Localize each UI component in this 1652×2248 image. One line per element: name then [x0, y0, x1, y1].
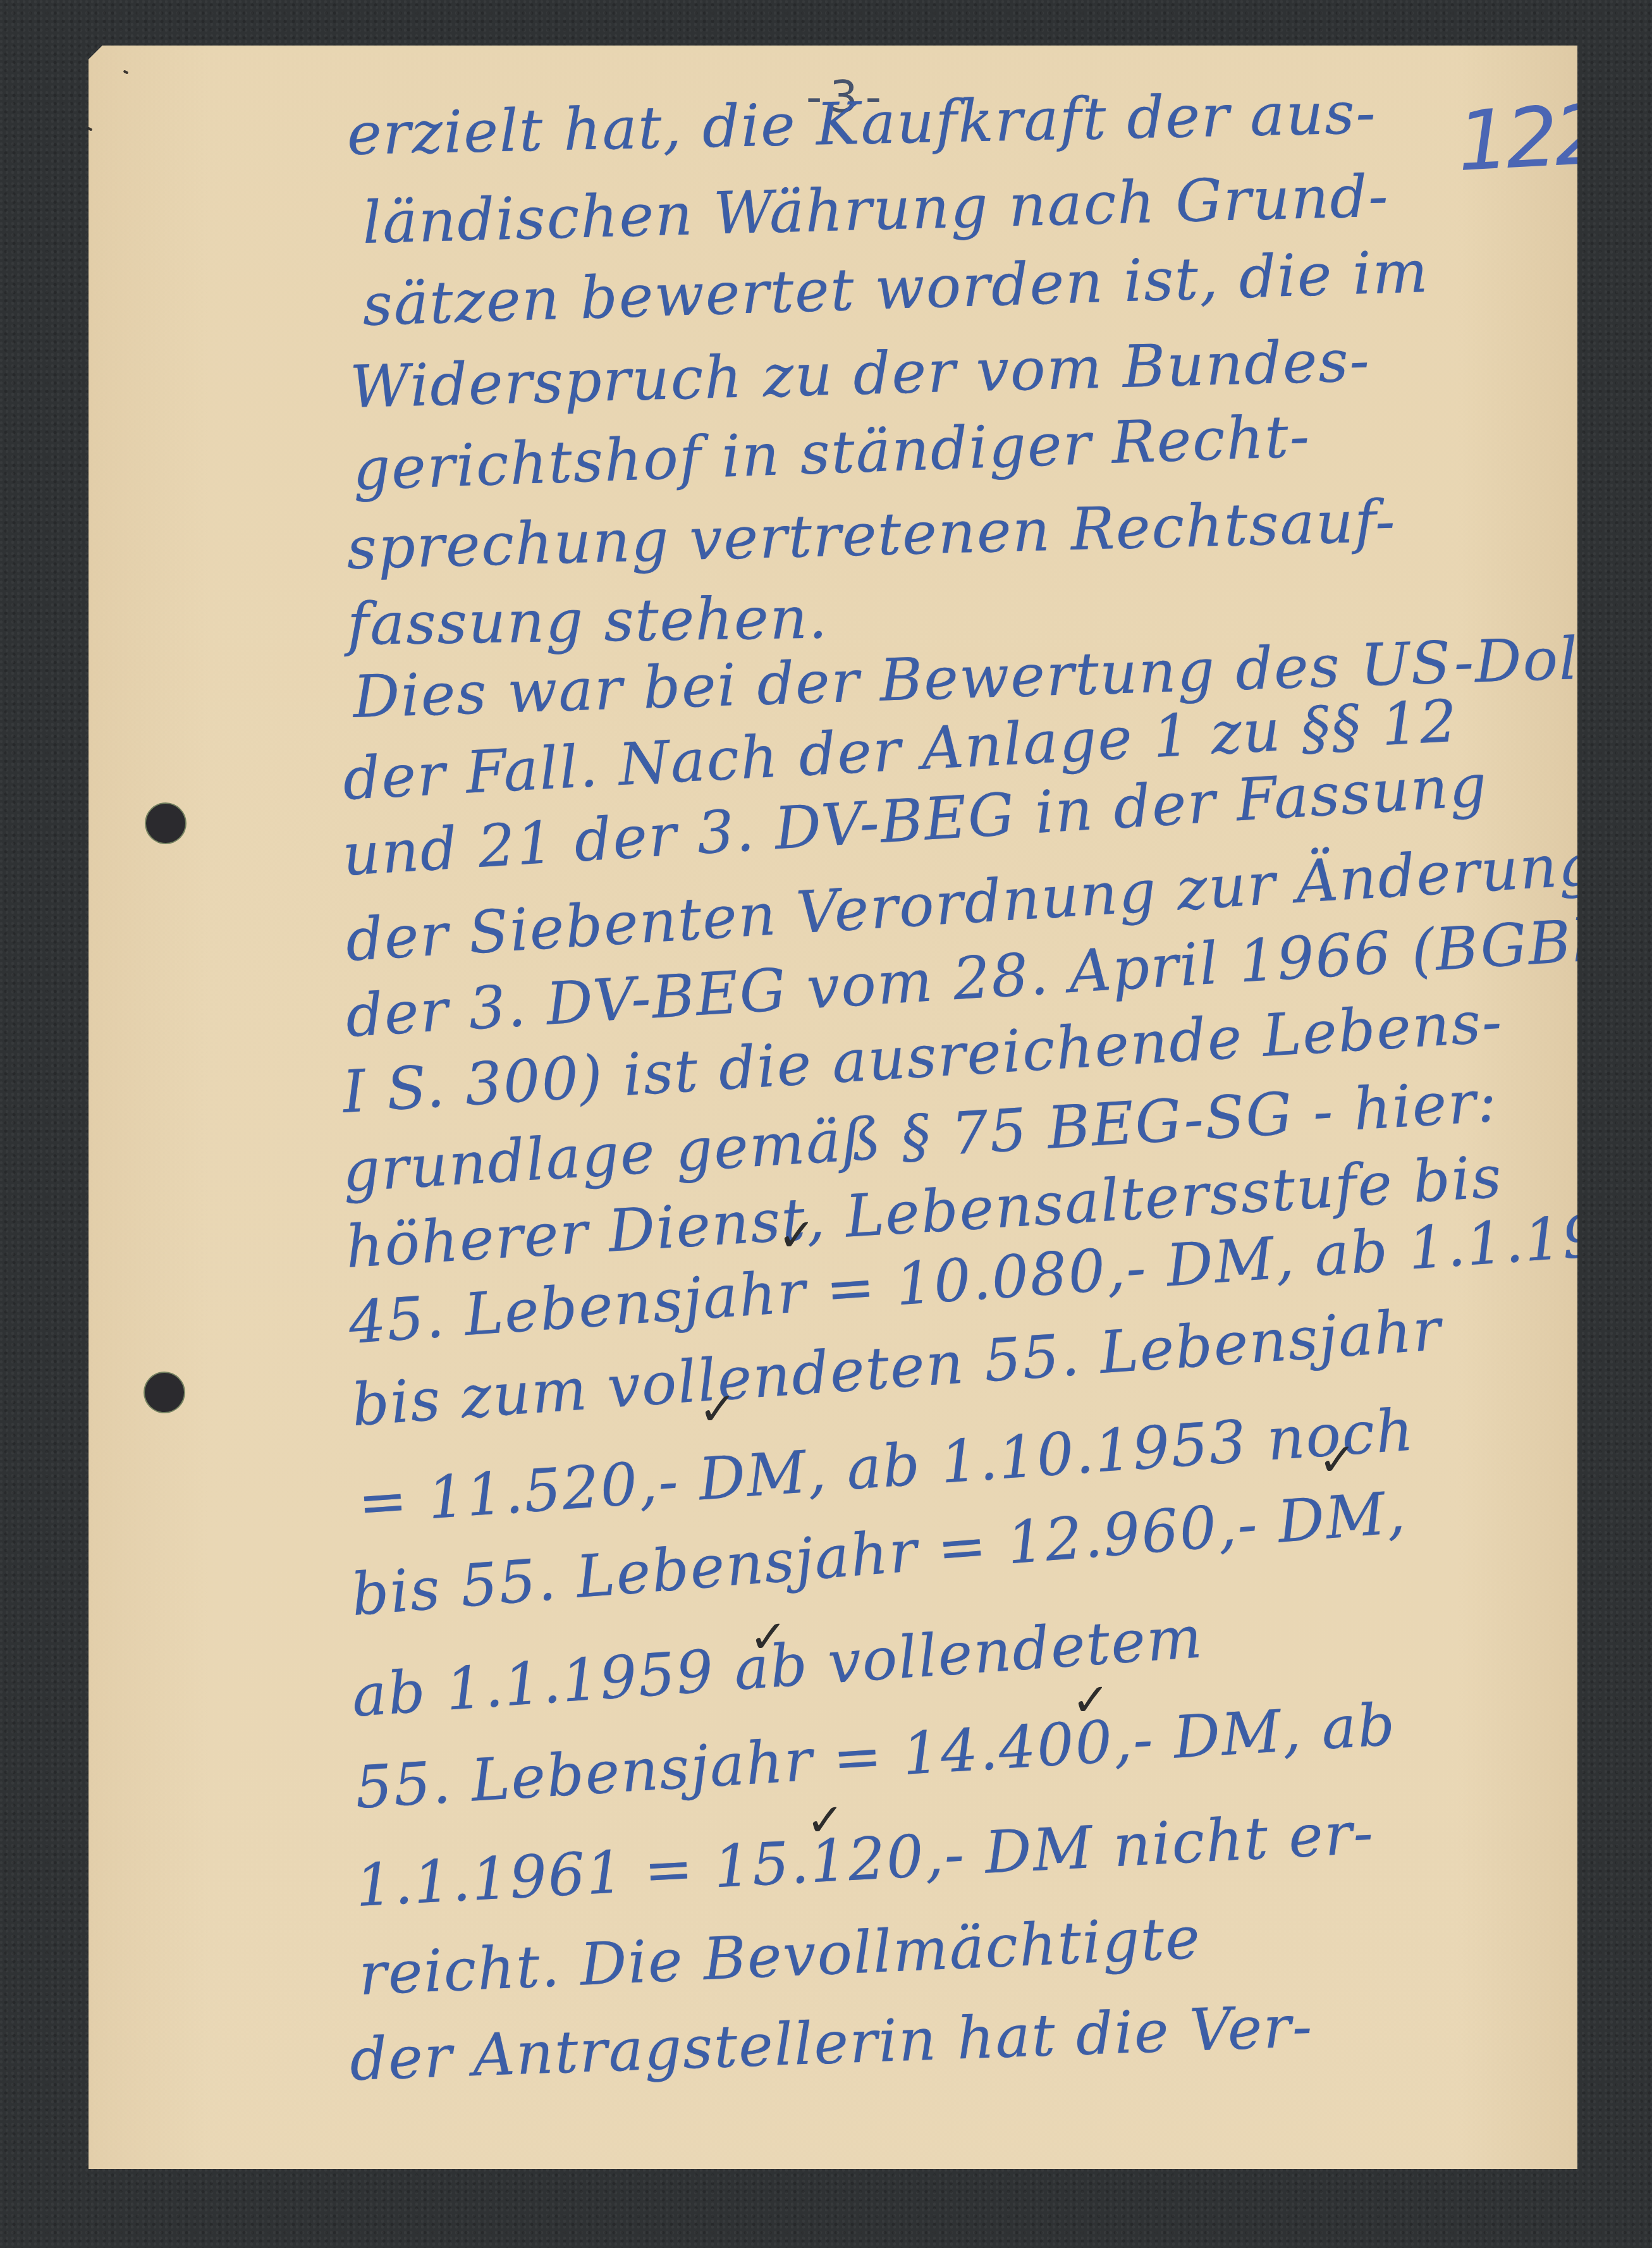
punch-hole-top — [146, 804, 185, 843]
punch-hole-bottom — [145, 1373, 184, 1412]
document-page: -3- 122 erzielt hat, die Kaufkraft der a… — [89, 46, 1577, 2169]
check-mark-icon: ✓ — [1072, 1677, 1110, 1723]
text-line-6: sprechung vertretenen Rechtsauf- — [346, 493, 1397, 578]
text-line-22: 1.1.1961 = 15.120,- DM nicht er- — [354, 1804, 1376, 1915]
text-line-24: der Antragstellerin hat die Ver- — [349, 1998, 1314, 2089]
paper-speck — [87, 126, 93, 131]
text-line-2: ländischen Währung nach Grund- — [362, 168, 1390, 252]
text-line-3: sätzen bewertet worden ist, die im — [362, 243, 1429, 335]
text-line-7: fassung stehen. — [347, 589, 829, 654]
check-mark-icon: ✓ — [1318, 1437, 1356, 1482]
paper-speck — [123, 70, 129, 74]
check-mark-icon: ✓ — [778, 1212, 816, 1258]
text-line-4: Widerspruch zu der vom Bundes- — [350, 332, 1371, 417]
folio-number: 122 — [1455, 86, 1605, 190]
text-line-1: erzielt hat, die Kaufkraft der aus- — [346, 84, 1377, 164]
text-line-23: reicht. Die Bevollmächtigte — [358, 1909, 1202, 2004]
check-mark-icon: ✓ — [749, 1614, 787, 1659]
text-line-5: gerichtshof in ständiger Recht- — [352, 407, 1312, 499]
check-mark-icon: ✓ — [699, 1386, 737, 1432]
check-mark-icon: ✓ — [806, 1797, 844, 1843]
